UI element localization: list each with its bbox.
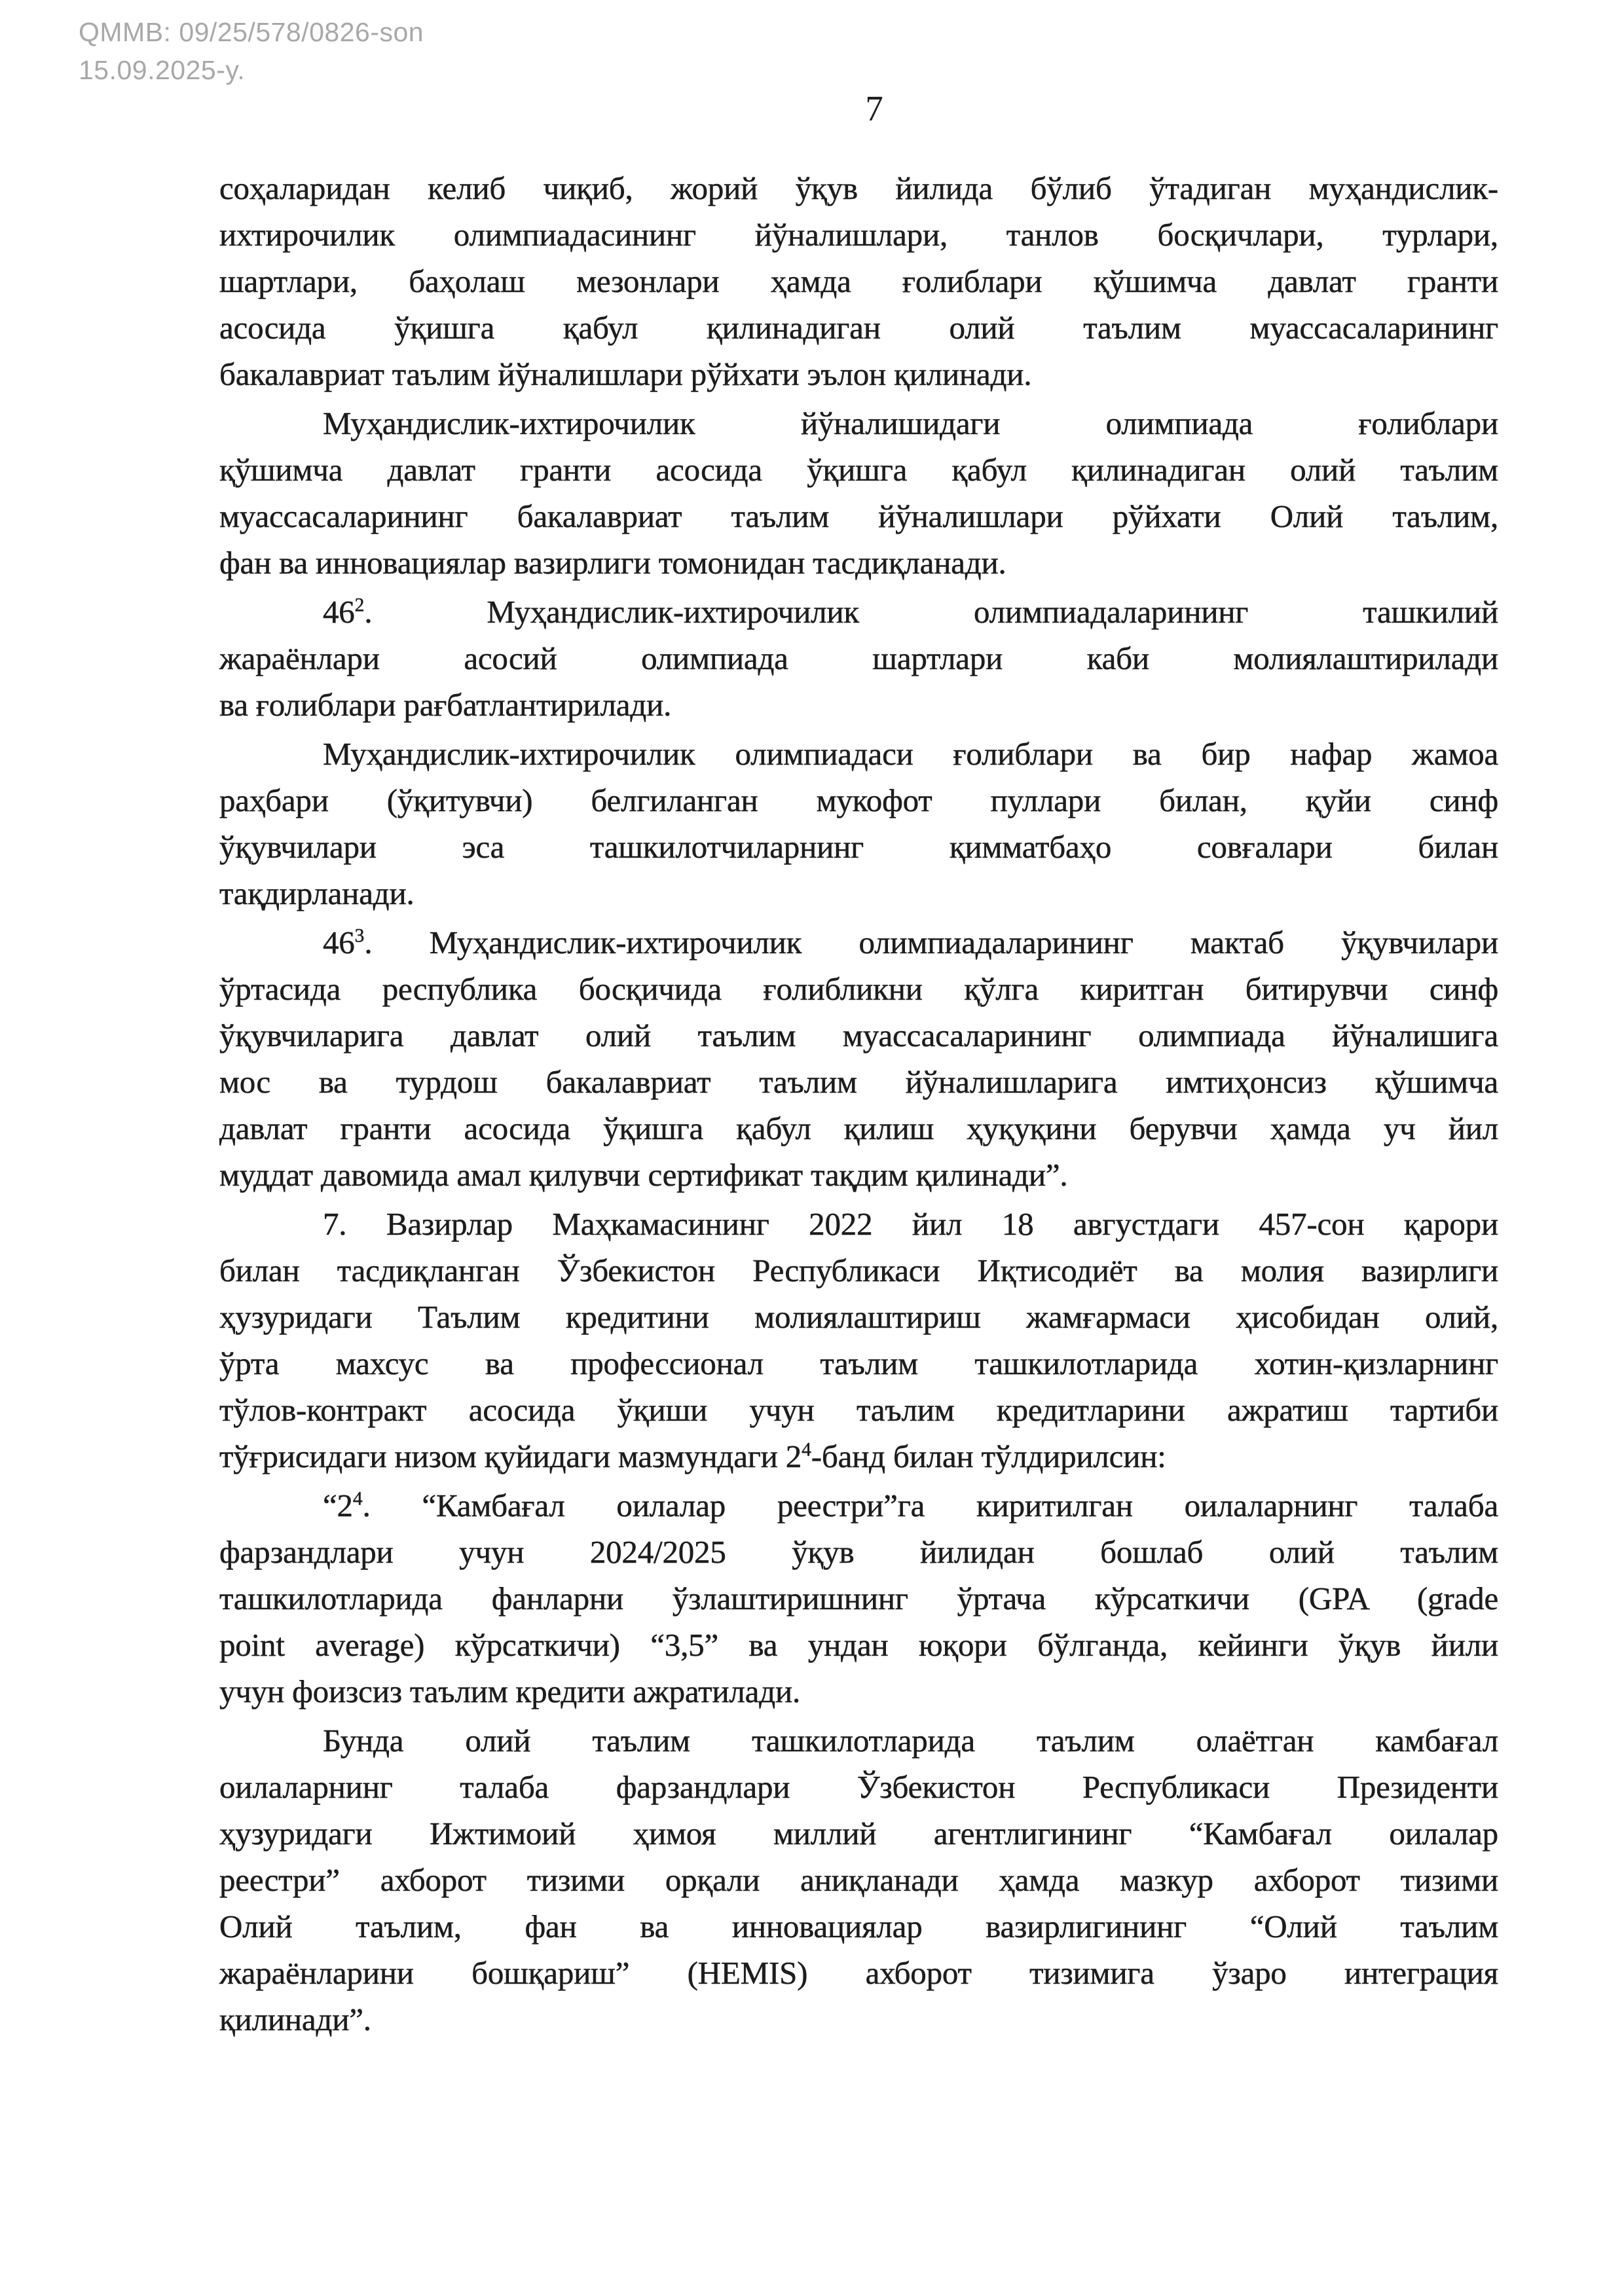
paragraph: 7. Вазирлар Маҳкамасининг 2022 йил 18 ав… <box>219 1201 1498 1480</box>
text-line: давлат гранти асосида ўқишга қабул қилиш… <box>219 1105 1498 1152</box>
text-line: Бунда олий таълим ташкилотларида таълим … <box>219 1717 1498 1764</box>
paragraph: Муҳандислик-ихтирочилик йўналишидаги оли… <box>219 400 1498 586</box>
text-line: муддат давомида амал қилувчи сертификат … <box>219 1152 1498 1198</box>
paragraph: “24. “Камбағал оилалар реестри”га кирити… <box>219 1482 1498 1715</box>
text-line: ихтирочилик олимпиадасининг йўналишлари,… <box>219 211 1498 258</box>
text-line: “24. “Камбағал оилалар реестри”га кирити… <box>219 1482 1498 1529</box>
text-line: ўртасида республика босқичида ғолибликни… <box>219 966 1498 1012</box>
text-line: 462. Муҳандислик-ихтирочилик олимпиадала… <box>219 589 1498 635</box>
text-line: ўқувчилари эса ташкилотчиларнинг қимматб… <box>219 824 1498 870</box>
text-line: мос ва турдош бакалавриат таълим йўналиш… <box>219 1059 1498 1105</box>
text-line: бакалавриат таълим йўналишлари рўйхати э… <box>219 351 1498 397</box>
paragraph: Муҳандислик-ихтирочилик олимпиадаси ғоли… <box>219 731 1498 917</box>
text-line: жараёнлари асосий олимпиада шартлари каб… <box>219 635 1498 682</box>
text-line: Олий таълим, фан ва инновациялар вазирли… <box>219 1903 1498 1950</box>
text-line: Муҳандислик-ихтирочилик йўналишидаги оли… <box>219 400 1498 446</box>
text-line: қилинади”. <box>219 1996 1498 2043</box>
text-line: жараёнларини бошқариш” (HEMIS) ахборот т… <box>219 1950 1498 1996</box>
text-line: тўғрисидаги низом қуйидаги мазмундаги 24… <box>219 1433 1498 1480</box>
text-line: ҳузуридаги Таълим кредитини молиялаштири… <box>219 1294 1498 1340</box>
text-line: раҳбари (ўқитувчи) белгиланган мукофот п… <box>219 777 1498 824</box>
text-line: учун фоизсиз таълим кредити ажратилади. <box>219 1668 1498 1715</box>
text-line: муассасаларининг бакалавриат таълим йўна… <box>219 493 1498 539</box>
doc-ref-number: QMMB: 09/25/578/0826-son <box>79 13 424 51</box>
paragraph: соҳаларидан келиб чиқиб, жорий ўқув йили… <box>219 165 1498 397</box>
text-line: point average) кўрсаткичи) “3,5” ва унда… <box>219 1622 1498 1668</box>
text-line: 7. Вазирлар Маҳкамасининг 2022 йил 18 ав… <box>219 1201 1498 1247</box>
page-number: 7 <box>62 88 1624 129</box>
document-page: QMMB: 09/25/578/0826-son 15.09.2025-y. 7… <box>0 0 1624 2296</box>
paragraph: 463. Муҳандислик-ихтирочилик олимпиадала… <box>219 919 1498 1198</box>
paragraph: 462. Муҳандислик-ихтирочилик олимпиадала… <box>219 589 1498 728</box>
text-line: шартлари, баҳолаш мезонлари ҳамда ғолибл… <box>219 258 1498 304</box>
text-line: 463. Муҳандислик-ихтирочилик олимпиадала… <box>219 919 1498 966</box>
text-line: ва ғолиблари рағбатлантирилади. <box>219 682 1498 728</box>
text-line: Муҳандислик-ихтирочилик олимпиадаси ғоли… <box>219 731 1498 777</box>
text-line: тўлов-контракт асосида ўқиши учун таълим… <box>219 1387 1498 1433</box>
text-line: асосида ўқишга қабул қилинадиган олий та… <box>219 304 1498 351</box>
document-body: соҳаларидан келиб чиқиб, жорий ўқув йили… <box>219 165 1498 2043</box>
text-line: реестри” ахборот тизими орқали аниқланад… <box>219 1857 1498 1903</box>
text-line: фан ва инновациялар вазирлиги томонидан … <box>219 539 1498 586</box>
scan-header: QMMB: 09/25/578/0826-son 15.09.2025-y. <box>79 13 424 89</box>
text-line: соҳаларидан келиб чиқиб, жорий ўқув йили… <box>219 165 1498 211</box>
text-line: ўқувчиларига давлат олий таълим муассаса… <box>219 1012 1498 1059</box>
text-line: ўрта махсус ва профессионал таълим ташки… <box>219 1340 1498 1387</box>
text-line: ташкилотларида фанларни ўзлаштиришнинг ў… <box>219 1575 1498 1622</box>
text-line: билан тасдиқланган Ўзбекистон Республика… <box>219 1247 1498 1294</box>
text-line: оилаларнинг талаба фарзандлари Ўзбекисто… <box>219 1764 1498 1810</box>
doc-date: 15.09.2025-y. <box>79 51 424 89</box>
text-line: қўшимча давлат гранти асосида ўқишга қаб… <box>219 446 1498 493</box>
text-line: фарзандлари учун 2024/2025 ўқув йилидан … <box>219 1529 1498 1575</box>
text-line: ҳузуридаги Ижтимоий ҳимоя миллий агентли… <box>219 1810 1498 1857</box>
text-line: тақдирланади. <box>219 870 1498 917</box>
paragraph: Бунда олий таълим ташкилотларида таълим … <box>219 1717 1498 2043</box>
